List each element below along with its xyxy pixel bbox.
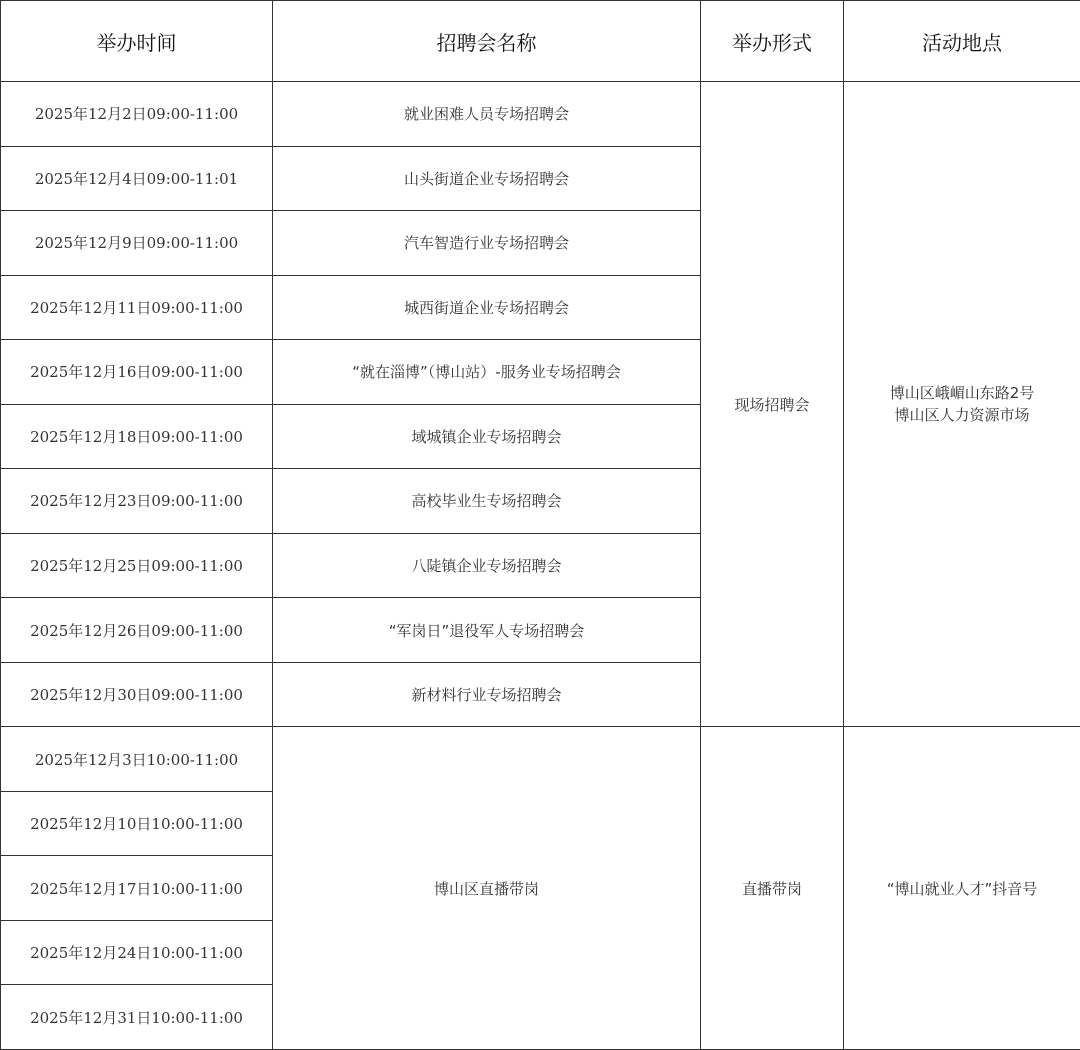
fair-name-cell: 山头街道企业专场招聘会 <box>273 146 701 211</box>
time-cell: 2025年12月10日10:00-11:00 <box>1 791 273 856</box>
fair-name-cell: 八陡镇企业专场招聘会 <box>273 533 701 598</box>
time-cell: 2025年12月18日09:00-11:00 <box>1 404 273 469</box>
time-cell: 2025年12月25日09:00-11:00 <box>1 533 273 598</box>
header-row: 举办时间 招聘会名称 举办形式 活动地点 <box>1 1 1080 82</box>
table-row: 2025年12月3日10:00-11:00 博山区直播带岗 直播带岗 “博山就业… <box>1 727 1080 792</box>
time-cell: 2025年12月11日09:00-11:00 <box>1 275 273 340</box>
fair-name-cell: “军岗日”退役军人专场招聘会 <box>273 598 701 663</box>
fair-name-cell: 汽车智造行业专场招聘会 <box>273 211 701 276</box>
time-cell: 2025年12月23日09:00-11:00 <box>1 469 273 534</box>
location-cell-live: “博山就业人才”抖音号 <box>844 727 1080 1050</box>
time-cell: 2025年12月16日09:00-11:00 <box>1 340 273 405</box>
time-cell: 2025年12月4日09:00-11:01 <box>1 146 273 211</box>
fair-name-cell: 域城镇企业专场招聘会 <box>273 404 701 469</box>
format-cell-onsite: 现场招聘会 <box>701 82 844 727</box>
location-address: 博山区峨嵋山东路2号 <box>844 382 1080 404</box>
header-time: 举办时间 <box>1 1 273 82</box>
fair-name-cell: “就在淄博”（博山站）-服务业专场招聘会 <box>273 340 701 405</box>
time-cell: 2025年12月26日09:00-11:00 <box>1 598 273 663</box>
job-fair-schedule-table: 举办时间 招聘会名称 举办形式 活动地点 2025年12月2日09:00-11:… <box>0 0 1080 1050</box>
fair-name-cell: 城西街道企业专场招聘会 <box>273 275 701 340</box>
time-cell: 2025年12月30日09:00-11:00 <box>1 662 273 727</box>
time-cell: 2025年12月3日10:00-11:00 <box>1 727 273 792</box>
time-cell: 2025年12月31日10:00-11:00 <box>1 985 273 1050</box>
fair-name-cell: 就业困难人员专场招聘会 <box>273 82 701 147</box>
location-venue: 博山区人力资源市场 <box>844 404 1080 426</box>
fair-name-cell: 新材料行业专场招聘会 <box>273 662 701 727</box>
header-location: 活动地点 <box>844 1 1080 82</box>
fair-name-cell-live: 博山区直播带岗 <box>273 727 701 1050</box>
header-fair-name: 招聘会名称 <box>273 1 701 82</box>
time-cell: 2025年12月9日09:00-11:00 <box>1 211 273 276</box>
location-cell-onsite: 博山区峨嵋山东路2号 博山区人力资源市场 <box>844 82 1080 727</box>
table-row: 2025年12月2日09:00-11:00 就业困难人员专场招聘会 现场招聘会 … <box>1 82 1080 147</box>
header-format: 举办形式 <box>701 1 844 82</box>
time-cell: 2025年12月24日10:00-11:00 <box>1 920 273 985</box>
fair-name-cell: 高校毕业生专场招聘会 <box>273 469 701 534</box>
time-cell: 2025年12月17日10:00-11:00 <box>1 856 273 921</box>
format-cell-live: 直播带岗 <box>701 727 844 1050</box>
time-cell: 2025年12月2日09:00-11:00 <box>1 82 273 147</box>
